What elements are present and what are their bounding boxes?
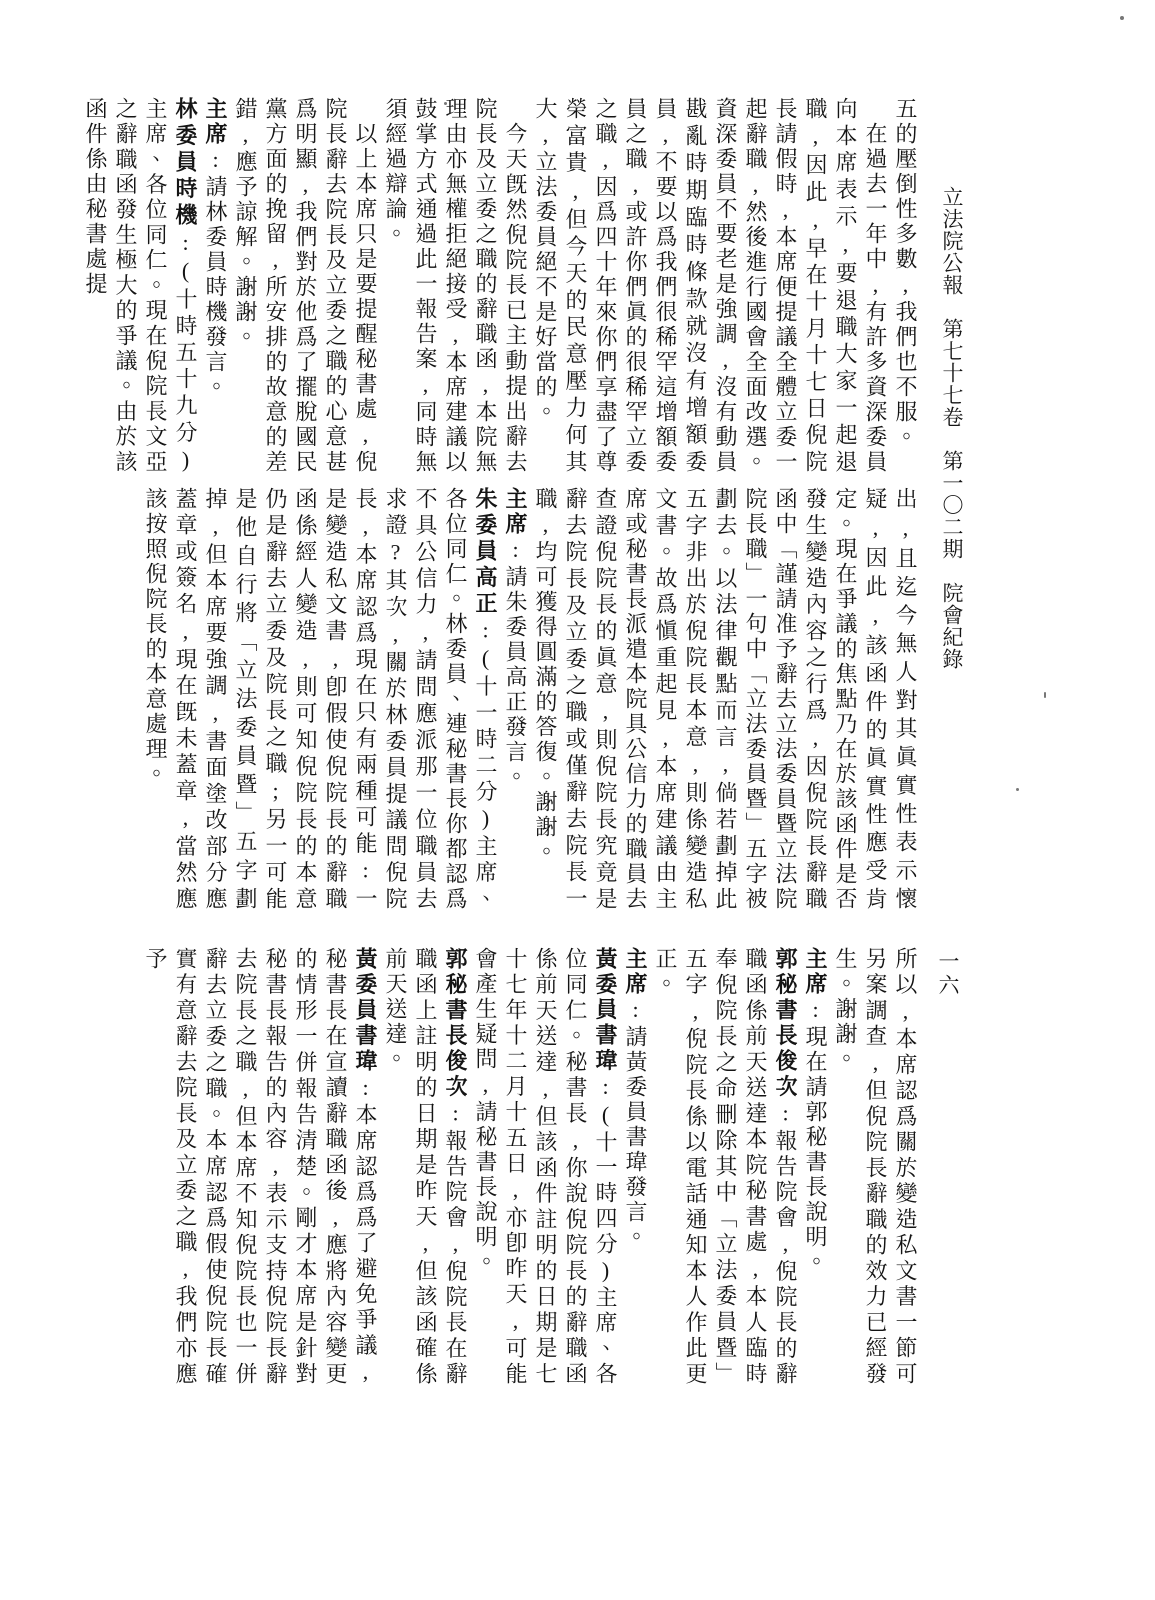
speech-paragraph: 朱委員高正:(十一時二分)主席、各位同仁。林委員、連秘書長你都認爲不具公信力,請… [140,487,500,912]
speech-paragraph: 郭秘書長俊次:報告院會,倪院長的辭職函係前天送達本院秘書處,本人臨時奉倪院長之命… [650,947,800,1387]
text-band-middle: 出,且迄今無人對其眞實性表示懷疑,因此,該函件的眞實性應受肯定。現在爭議的焦點乃… [140,487,920,912]
speaker-name: 主席 [503,487,528,537]
speaker-name: 黃委員書瑋 [593,947,618,1074]
speaker-name: 林委員時機 [173,97,198,230]
body-paragraph: 在過去一年中,有許多資深委員向本席表示,要退職大家一起退職,因此,早在十月十七日… [530,97,890,475]
speaker-name: 黃委員書瑋 [353,947,378,1075]
speaker-name: 主席 [623,947,648,997]
speech-paragraph: 主席:請林委員時機發言。 [200,97,230,475]
body-paragraph: 今天旣然倪院長已主動提出辭去院長及立委之職的辭職函,本院無理由亦無權拒絕接受,本… [380,97,530,475]
body-paragraph: 以上本席只是要提醒秘書處,倪院長辭去院長及立委之職的心意甚爲明顯,我們對於他爲了… [230,97,380,475]
header-text: 立法院公報 第七十七卷 第一〇二期 院會紀錄 [940,186,964,670]
scan-speck [1016,788,1019,791]
speech-paragraph: 主席:請朱委員高正發言。 [500,487,530,912]
scan-speck [1044,692,1046,698]
text-band-bottom: 所以,本席認爲關於變造私文書一節可另案調查,但倪院長辭職的效力已經發生。謝謝。主… [140,947,920,1387]
body-paragraph: 五的壓倒性多數,我們也不服。 [890,97,920,475]
text-band-top: 五的壓倒性多數,我們也不服。在過去一年中,有許多資深委員向本席表示,要退職大家一… [80,97,920,475]
speaker-name: 朱委員高正 [473,487,498,618]
body-paragraph: 出,且迄今無人對其眞實性表示懷疑,因此,該函件的眞實性應受肯定。現在爭議的焦點乃… [530,487,920,912]
running-head: 立法院公報 第七十七卷 第一〇二期 院會紀錄 [937,186,967,634]
speaker-name: 郭秘書長俊次 [443,947,468,1100]
speech-paragraph: 林委員時機:(十時五十九分)主席、各位同仁。現在倪院長文亞之辭職函發生極大的爭議… [80,97,200,475]
speech-paragraph: 黃委員書瑋:本席認爲爲了避免爭議,秘書長在宣讀辭職函後,應將內容變更的情形一併報… [140,947,380,1387]
speech-paragraph: 主席:請黃委員書瑋發言。 [620,947,650,1387]
gazette-page: 立法院公報 第七十七卷 第一〇二期 院會紀錄 一六 五的壓倒性多數,我們也不服。… [0,0,1155,1600]
speech-paragraph: 主席:現在請郭秘書長說明。 [800,947,830,1387]
speech-paragraph: 黃委員書瑋:(十一時四分)主席、各位同仁。秘書長,你說倪院長的辭職函係前天送達,… [470,947,620,1387]
speaker-name: 主席 [803,947,828,997]
speaker-name: 郭秘書長俊次 [773,947,798,1100]
speaker-name: 主席 [203,97,228,147]
speech-paragraph: 郭秘書長俊次:報告院會,倪院長在辭職函上註明的日期是昨天,但該函確係前天送達。 [380,947,470,1387]
scan-speck [1120,16,1124,20]
scan-speck [444,102,447,105]
body-paragraph: 所以,本席認爲關於變造私文書一節可另案調查,但倪院長辭職的效力已經發生。謝謝。 [830,947,920,1387]
page-number: 一六 [933,950,963,998]
